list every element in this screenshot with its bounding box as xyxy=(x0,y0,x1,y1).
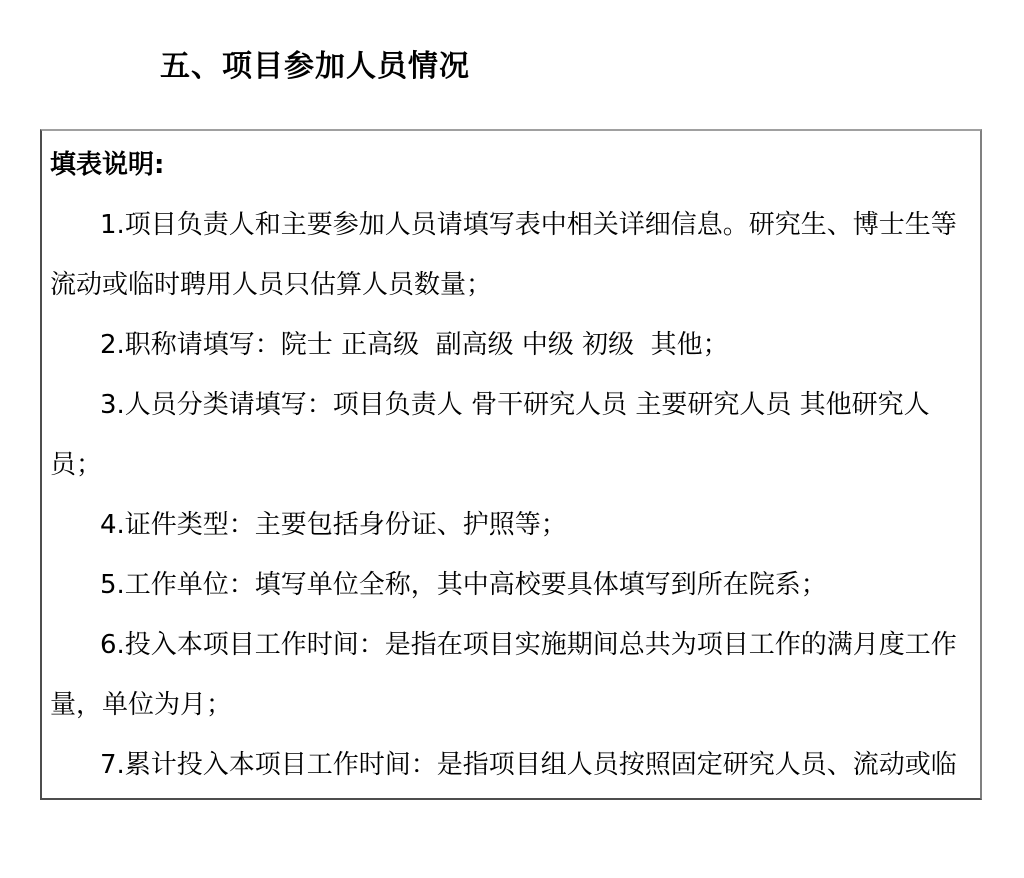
instruction-item-3: 3.人员分类请填写：项目负责人 骨干研究人员 主要研究人员 其他研究人员； xyxy=(50,375,972,495)
instruction-item-1: 1.项目负责人和主要参加人员请填写表中相关详细信息。研究生、博士生等流动或临时聘… xyxy=(50,195,972,315)
instruction-item-2: 2.职称请填写：院士 正高级 副高级 中级 初级 其他； xyxy=(50,315,972,375)
document-page: 五、项目参加人员情况 填表说明: 1.项目负责人和主要参加人员请填写表中相关详细… xyxy=(0,0,1024,878)
section-title: 五、项目参加人员情况 xyxy=(160,48,470,86)
instruction-item-6: 6.投入本项目工作时间：是指在项目实施期间总共为项目工作的满月度工作量，单位为月… xyxy=(50,615,972,735)
instruction-item-5: 5.工作单位：填写单位全称，其中高校要具体填写到所在院系； xyxy=(50,555,972,615)
instructions-box: 填表说明: 1.项目负责人和主要参加人员请填写表中相关详细信息。研究生、博士生等… xyxy=(40,129,982,800)
instruction-item-4: 4.证件类型：主要包括身份证、护照等； xyxy=(50,495,972,555)
instructions-heading: 填表说明: xyxy=(50,135,972,195)
instruction-item-7: 7.累计投入本项目工作时间：是指项目组人员按照固定研究人员、流动或临时聘用分类后… xyxy=(50,735,972,800)
